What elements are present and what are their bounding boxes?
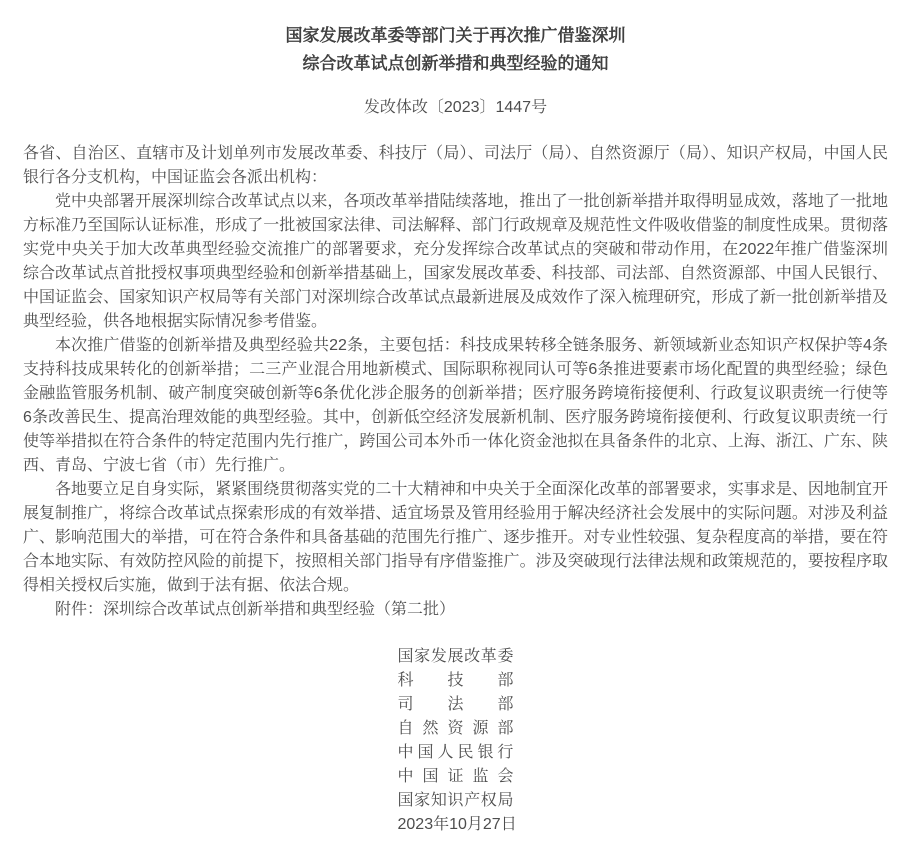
signature-line: 国家知识产权局 [398,789,514,813]
title-line-2: 综合改革试点创新举措和典型经验的通知 [23,50,888,78]
body-paragraph: 各省、自治区、直辖市及计划单列市发展改革委、科技厅（局）、司法厅（局）、自然资源… [23,142,888,190]
signature-date: 2023年10月27日 [398,813,514,837]
signature-line: 中国人民银行 [398,741,514,765]
title-line-1: 国家发展改革委等部门关于再次推广借鉴深圳 [23,22,888,50]
signature-lines: 国家发展改革委科技部司法部自然资源部中国人民银行中国证监会国家知识产权局 [398,645,514,813]
body-paragraph: 各地要立足自身实际，紧紧围绕贯彻落实党的二十大精神和中央关于全面深化改革的部署要… [23,478,888,598]
page-title: 国家发展改革委等部门关于再次推广借鉴深圳 综合改革试点创新举措和典型经验的通知 [23,22,888,78]
signature-line: 司法部 [398,693,514,717]
document-page: 国家发展改革委等部门关于再次推广借鉴深圳 综合改革试点创新举措和典型经验的通知 … [0,0,911,862]
body-paragraph: 党中央部署开展深圳综合改革试点以来，各项改革举措陆续落地，推出了一批创新举措并取… [23,190,888,334]
body-paragraph: 本次推广借鉴的创新举措及典型经验共22条，主要包括：科技成果转移全链条服务、新领… [23,334,888,478]
signature-line: 中国证监会 [398,765,514,789]
signature-line: 国家发展改革委 [398,645,514,669]
attachment-line: 附件：深圳综合改革试点创新举措和典型经验（第二批） [23,598,888,622]
doc-number: 发改体改〔2023〕1447号 [23,96,888,120]
document-body: 各省、自治区、直辖市及计划单列市发展改革委、科技厅（局）、司法厅（局）、自然资源… [23,142,888,598]
signature-line: 科技部 [398,669,514,693]
signature-block: 国家发展改革委科技部司法部自然资源部中国人民银行中国证监会国家知识产权局 202… [398,645,514,837]
signature-line: 自然资源部 [398,717,514,741]
